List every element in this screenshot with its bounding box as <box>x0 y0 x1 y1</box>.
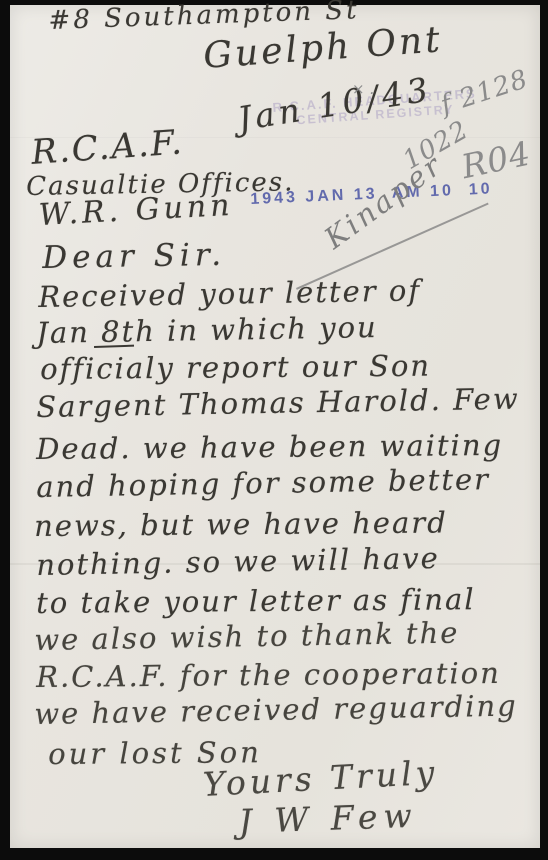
body-line: Jan 8th in which you <box>36 310 378 350</box>
body-line: Received your letter of <box>38 273 421 314</box>
body-line: officialy report our Son <box>40 349 431 386</box>
scan-black-border: R.C.A.F. HEADQUARTERS CENTRAL REGISTRY 1… <box>0 0 548 860</box>
body-line: to take your letter as final <box>36 582 476 620</box>
body-line: news, but we have heard <box>34 505 448 543</box>
body-line: nothing. so we will have <box>36 541 440 582</box>
signature: J W Few <box>238 796 418 841</box>
pencil-x-mark: × . <box>352 80 374 98</box>
body-line: R.C.A.F. for the cooperation <box>36 656 501 694</box>
body-line: Dead. we have been waiting <box>36 428 503 466</box>
salutation: Dear Sir. <box>42 237 226 276</box>
